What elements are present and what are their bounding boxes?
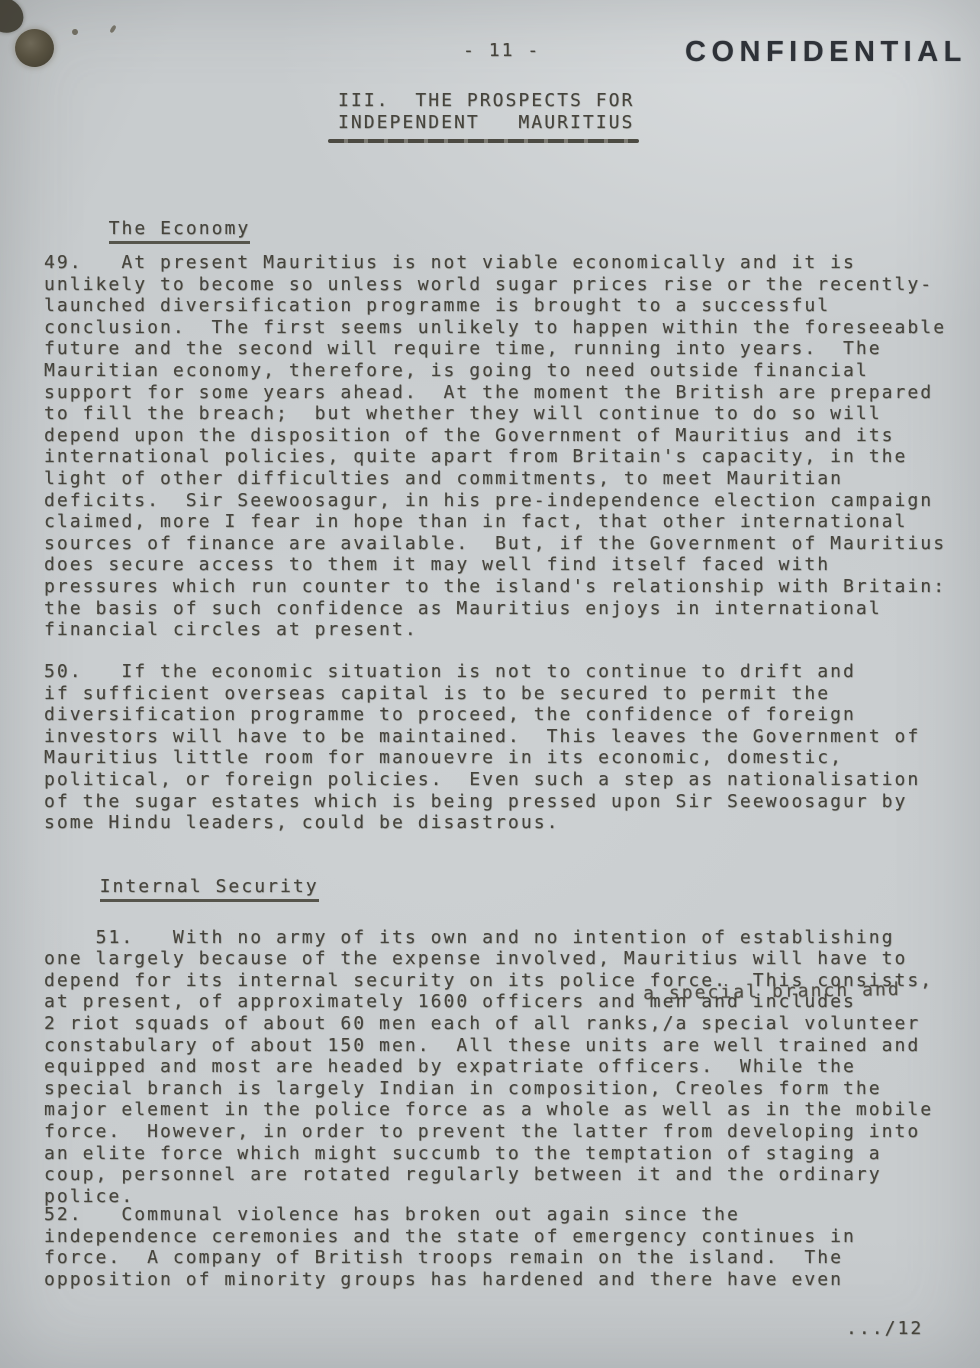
paper-speck <box>109 25 117 34</box>
document-title-line2: INDEPENDENT MAURITIUS <box>338 112 634 134</box>
paper-speck <box>71 28 79 36</box>
title-underline <box>328 139 639 143</box>
punch-hole <box>13 26 57 69</box>
typed-interline-insertion: a special branch and <box>643 979 901 1005</box>
paragraph-50: 50. If the economic situation is not to … <box>44 661 920 834</box>
paragraph-51-text: 51. With no army of its own and no inten… <box>44 927 933 1207</box>
page-number: - 11 - <box>463 40 540 62</box>
document-title-line1: III. THE PROSPECTS FOR <box>338 90 634 112</box>
document-page: - 11 - CONFIDENTIAL III. THE PROSPECTS F… <box>0 0 980 1368</box>
section-heading-text: The Economy <box>109 218 251 245</box>
section-heading-text: Internal Security <box>100 876 319 903</box>
paragraph-49: 49. At present Mauritius is not viable e… <box>44 252 946 641</box>
continuation-mark: .../12 <box>846 1318 923 1340</box>
paragraph-52: 52. Communal violence has broken out aga… <box>44 1204 856 1290</box>
paragraph-51: 51. With no army of its own and no inten… <box>44 905 933 1251</box>
confidential-stamp: CONFIDENTIAL <box>685 36 967 69</box>
